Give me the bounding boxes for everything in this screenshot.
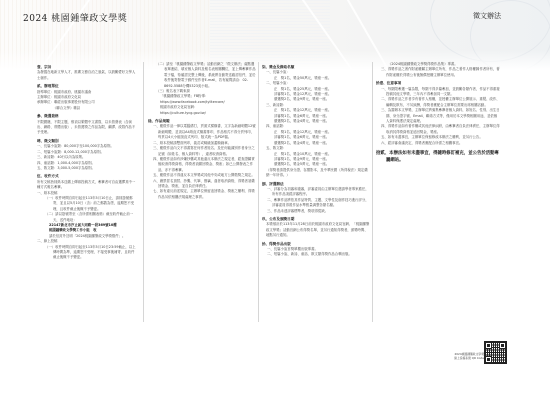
list-item: 六、經評審會議決定，得獎者應配合所需之相關事宜。 — [381, 141, 500, 146]
paragraph: 不限國籍，不限主題，惟須以繁體中文書寫，以未曾發表（含演出、網路、實體出版）、未… — [37, 120, 137, 136]
prize-note: （得獎者請提供身分證、存摺影本，及中華民國《所得稅法》規定繳納一年所得。） — [266, 168, 370, 179]
page-subtitle: 徵文辦法 — [473, 11, 501, 21]
column-divider — [372, 62, 373, 322]
column-divider — [258, 62, 259, 322]
list-item: 請於信封外註明「2024桃園鍾肇政文學獎徵件」。 — [49, 234, 137, 239]
list-item: （二）請至「桃園鍾肇政文學獎」活動官網之「徵文辦法」處點選表單連結，填妥個人資料… — [156, 62, 256, 89]
list-item: 一、應徵作品一律以電腦繕打，頁面式樣橫書，文字為新細明體12號新細明體，並須以A… — [153, 124, 256, 140]
list-item: 一、評審分為初審和複審，評審委員由主辦單位邀請學者專家擔任，所有作品須經評審程序… — [267, 187, 370, 198]
list-item: 五、應徵作品不得違反本文學獎或其他中央或地方公開徵獎之規定。 — [153, 173, 256, 178]
paragraph: 為發掘在地新文學人才，推廣文藝自治之風氣，以鼓勵愛好文學人士創作。 — [37, 70, 137, 81]
qr-caption-line: 線上投稿系統 QR Code — [452, 356, 484, 360]
final-clause: 拾貳、本辦法如有未盡事宜，得隨時修訂補充，並公告於活動專屬網站。 — [376, 150, 500, 164]
page-title: 2024 桃園鍾肇政文學獎 — [23, 11, 127, 24]
list-item: 四、應徵作品如有涉嫌抄襲或其他違反本辦法之規定者，經查證屬實後取消得獎資格，得獎… — [153, 157, 256, 173]
column-4: 《2024桃園鍾肇政文學獎得獎作品集》專書。 三、得獎作品之著作財產權屬主辦單位… — [376, 62, 500, 164]
list-item: 三、為籌辦本文學獎，主辦單位將蒐集參賽者個人資料，如姓名、性別、出生日期、身分證… — [381, 108, 500, 124]
list-item: 三、得獎作品之著作財產權屬主辦單位所有，作品之著作人格權歸作者所有，著作財產權於… — [381, 67, 500, 78]
list-item: 五、散文類：3,000-5,000字為原則。 — [37, 166, 137, 171]
column-2: （二）請至「桃園鍾肇政文學獎」活動官網之「徵文辦法」處點選表單連結，填妥個人資料… — [148, 62, 256, 200]
culture-bureau-link[interactable]: https://culture.tycg.gov.tw/ — [160, 111, 256, 116]
list-item: 二、短篇小說、新詩、童話、散文類得獎作品合輯出版。 — [267, 252, 370, 257]
list-item: 二、得獎作品之作者享有著作人格權，並授權主辦單位公開展示、重製、改作、編輯及散布… — [381, 97, 500, 108]
list-item: 六、嚴禁冒名頂替、抄襲、代筆、剽竊，違者取消資格，得獎者須繳回獎金、獎座，並自負… — [153, 179, 256, 190]
qr-code-icon[interactable] — [485, 342, 506, 363]
list-item: （二）請以掛號寄至（含所需相關表格）截至收件截止前一天，送件地址： — [45, 212, 137, 223]
list-item: （一）收件時間自即日起至113年5月10日止，請採掛號郵寄，並且以5月10日（含… — [45, 196, 137, 212]
list-item: 二、參賽作品將依其作品特質、主題、文學性及創作技巧進行評分，評審委員得視作品水準… — [267, 198, 370, 209]
list-item: 《聯合文學》雜誌 — [53, 106, 137, 111]
list-item: 三、應徵作品內文不得書寫任何作者姓名、及任何能識別作者身分之記號（如姓名、個人資… — [153, 146, 256, 157]
list-item: （一）收件時間自即日起至113年5月10日23:59截止，以上傳時間為準，逾期恕… — [45, 245, 137, 261]
list-item: 七、如有違反前述規定，主辦單位保留追回獎金、獎座之權利，得獎作品另依相關法規處理… — [153, 189, 256, 200]
list-item: 一、每類限參選一篇為限，每類不得多篇參加，並鼓勵各類作者，作品不得重複投稿其他文… — [381, 87, 500, 98]
list-item: 四、得獎作品如有著作權或其他法律糾紛，由參賽者自負法律責任，主辦單位得取消其得獎… — [381, 124, 500, 135]
column-3: 柒、獎金及錄取名額 一、長篇小說： 正 獎1名，獎金50萬元，獎座一座。 二、短… — [262, 62, 370, 258]
column-divider — [143, 62, 144, 322]
qr-caption: 2024桃園鍾肇政文學獎 線上投稿系統 QR Code — [452, 352, 484, 360]
column-1: 壹、宗旨 為發掘在地新文學人才，推廣文藝自治之風氣，以鼓勵愛好文學人士創作。 貳… — [37, 62, 137, 261]
list-item: 五、如有未盡事宜，主辦單位保留修改本辦法之權利，並另行公告。 — [381, 135, 500, 140]
paragraph: 所有文稿皆採紙本送繳上傳兩投稿方式，參賽者可自由選擇其中一種方式報名參賽。 — [37, 180, 137, 191]
paragraph: 本獎預計於113年11月28日前於桃園市政府文化局官網、「桃園鍾肇政文學獎」活動… — [266, 222, 370, 238]
list-item: 三、作品未達評審標準者，獎項得從缺。 — [267, 209, 370, 214]
